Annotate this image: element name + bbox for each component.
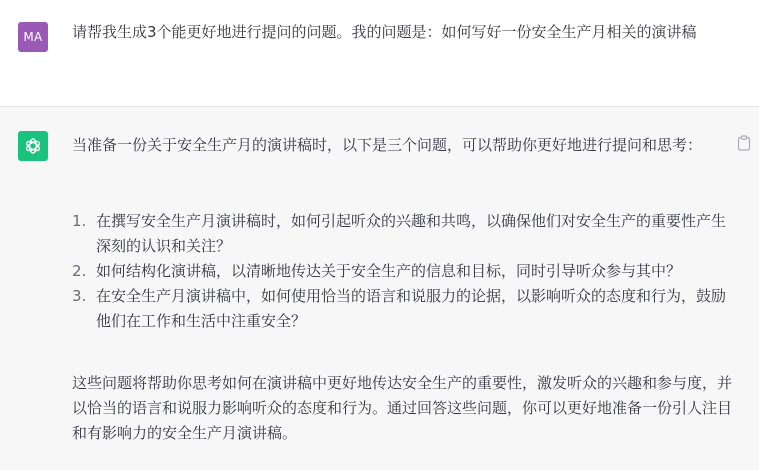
avatar-initials: MA — [23, 30, 42, 44]
assistant-intro: 当准备一份关于安全生产月的演讲稿时，以下是三个问题，可以帮助你更好地进行提问和思… — [72, 133, 732, 158]
list-number: 2. — [72, 259, 86, 284]
list-item: 1. 在撰写安全生产月演讲稿时，如何引起听众的兴趣和共鸣，以确保他们对安全生产的… — [72, 209, 732, 259]
question-list: 1. 在撰写安全生产月演讲稿时，如何引起听众的兴趣和共鸣，以确保他们对安全生产的… — [72, 209, 732, 334]
assistant-outro: 这些问题将帮助你思考如何在演讲稿中更好地传达安全生产的重要性，激发听众的兴趣和参… — [72, 371, 732, 446]
clipboard-icon — [737, 135, 751, 151]
user-avatar: MA — [18, 22, 48, 52]
list-item-text: 如何结构化演讲稿，以清晰地传达关于安全生产的信息和目标，同时引导听众参与其中？ — [96, 262, 681, 280]
openai-logo-icon — [23, 136, 43, 156]
copy-button[interactable] — [737, 135, 751, 151]
list-item-text: 在安全生产月演讲稿中，如何使用恰当的语言和说服力的论据，以影响听众的态度和行为，… — [96, 287, 726, 330]
list-number: 3. — [72, 284, 86, 309]
list-item: 2. 如何结构化演讲稿，以清晰地传达关于安全生产的信息和目标，同时引导听众参与其… — [72, 259, 732, 284]
assistant-avatar — [18, 131, 48, 161]
list-number: 1. — [72, 209, 86, 234]
assistant-message: 当准备一份关于安全生产月的演讲稿时，以下是三个问题，可以帮助你更好地进行提问和思… — [0, 107, 759, 470]
list-item-text: 在撰写安全生产月演讲稿时，如何引起听众的兴趣和共鸣，以确保他们对安全生产的重要性… — [96, 212, 726, 255]
user-message-text: 请帮我生成3个能更好地进行提问的问题。我的问题是：如何写好一份安全生产月相关的演… — [72, 20, 732, 45]
user-message: MA 请帮我生成3个能更好地进行提问的问题。我的问题是：如何写好一份安全生产月相… — [0, 0, 759, 107]
list-item: 3. 在安全生产月演讲稿中，如何使用恰当的语言和说服力的论据，以影响听众的态度和… — [72, 284, 732, 334]
